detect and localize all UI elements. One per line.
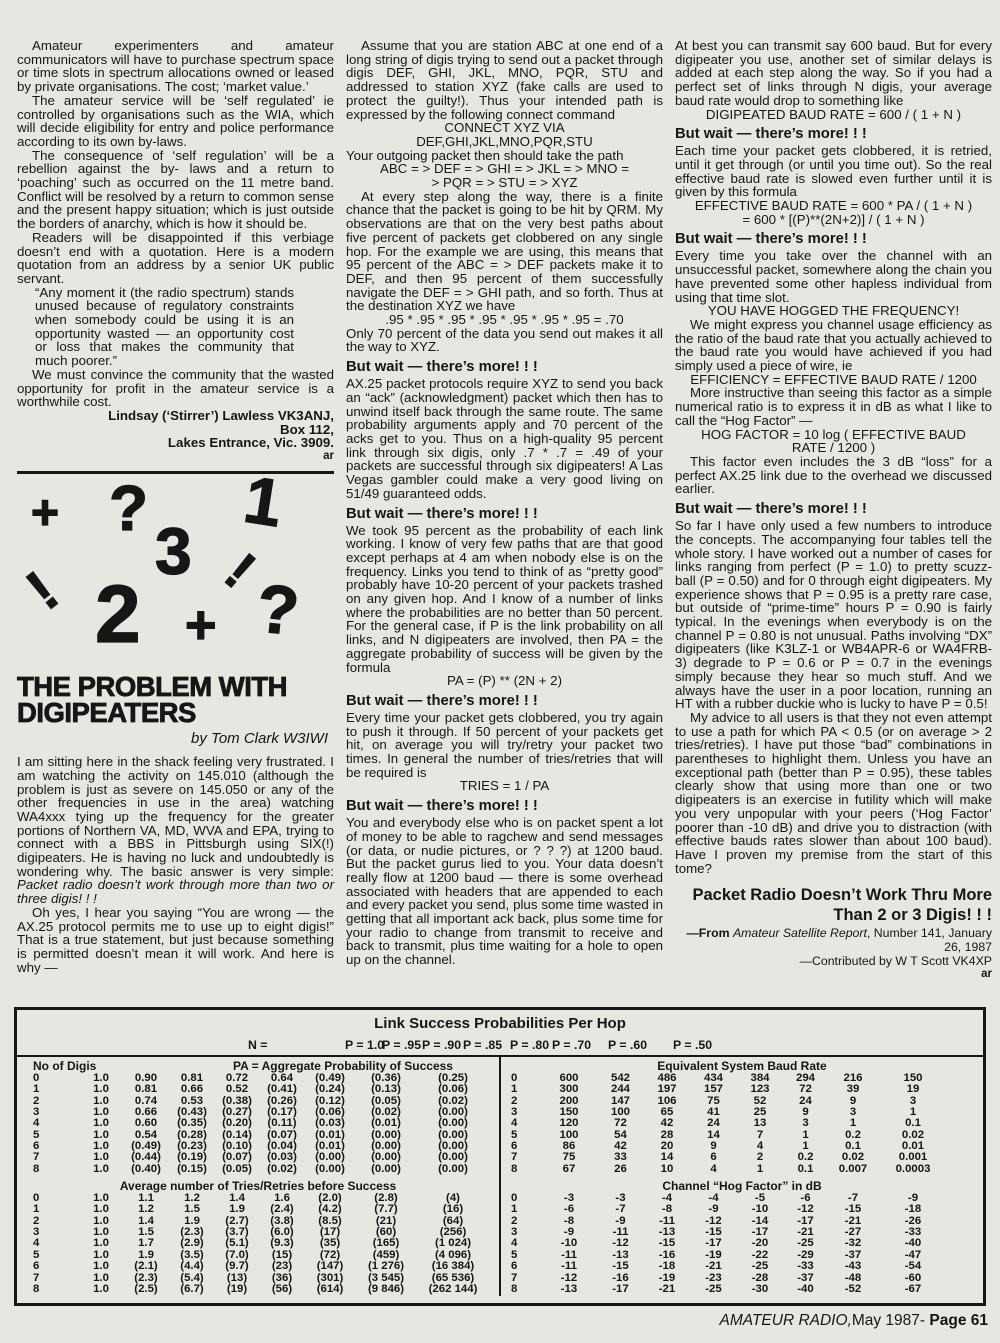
text-run: We might express you channel usage effic… (675, 317, 992, 373)
table-cell: 3 (501, 1227, 541, 1238)
table-cell: 1.0 (79, 1164, 123, 1175)
table-cell: 39 (828, 1084, 878, 1095)
table-cell: -25 (690, 1284, 737, 1295)
table-p-header-row: N =P = 1.0P = .95P = .90P = .85P = .80P … (17, 1032, 983, 1055)
table-cell: -25 (737, 1261, 783, 1272)
table-cell: 0.1 (783, 1164, 828, 1175)
text-run: Every time you take over the channel wit… (675, 248, 992, 304)
section-heading: But wait — there’s more! ! ! (675, 232, 992, 247)
table-cell: 4 (690, 1164, 737, 1175)
p-column-label: P = .95 (382, 1038, 421, 1052)
pull-quote: “Any moment it (the radio spectrum) stan… (35, 286, 294, 368)
table-grid: No of DigisPA = Aggregate Probability of… (17, 1055, 983, 1296)
formula-line: .95 * .95 * .95 * .95 * .95 * .95 * .95 … (346, 313, 663, 327)
table-cell: (9 846) (355, 1284, 417, 1295)
formula-line: TRIES = 1 / PA (346, 779, 663, 793)
table-cell: 0.52 (215, 1084, 259, 1095)
table-cell: (0.00) (355, 1164, 417, 1175)
table-cell: 6 (17, 1261, 79, 1272)
table-subheader: No of DigisPA = Aggregate Probability of… (17, 1059, 499, 1073)
table-row: 41.00.60(0.35)(0.20)(0.11)(0.03)(0.01)(0… (17, 1118, 489, 1129)
digit-1: 1 (240, 466, 287, 537)
table-cell: 3 (17, 1227, 79, 1238)
table-cell: 0 (17, 1073, 79, 1084)
table-cell: (147) (305, 1261, 355, 1272)
section-heading: But wait — there’s more! ! ! (346, 507, 663, 522)
text-run: Assume that you are station ABC at one e… (346, 38, 663, 122)
formula-line: YOU HAVE HOGGED THE FREQUENCY! (675, 304, 992, 318)
table-cell: 4 (17, 1118, 79, 1129)
table-cell: (19) (215, 1284, 259, 1295)
text-run: At best you can transmit say 600 baud. B… (675, 38, 992, 108)
section-heading: But wait — there’s more! ! ! (346, 694, 663, 709)
table-row: 1300244197157123723919 (501, 1084, 948, 1095)
table-row: 21.01.41.9(2.7)(3.8)(8.5)(21)(64) (17, 1216, 489, 1227)
signature-line: Lindsay (‘Stirrer’) Lawless VK3ANJ, (17, 409, 334, 423)
digit-3: 3 (155, 518, 192, 584)
formula-line: ABC = > DEF = > GHI = > JKL = > MNO = (346, 162, 663, 176)
magazine-page: Amateur experimenters and amateur commun… (0, 0, 1000, 1343)
paragraph: This factor even includes the 3 dB “loss… (675, 455, 992, 496)
p-column-label: P = .70 (552, 1038, 591, 1052)
text-run: Amateur experimenters and amateur commun… (17, 38, 334, 94)
table-row: 6-11-15-18-21-25-33-43-54 (501, 1261, 948, 1272)
table-row: 31.00.66(0.43)(0.27)(0.17)(0.06)(0.02)(0… (17, 1107, 489, 1118)
credit-line: —From Amateur Satellite Report, Number 1… (675, 927, 992, 954)
table-cell: -54 (878, 1261, 948, 1272)
table-cell: -30 (737, 1284, 783, 1295)
paragraph: We must convince the community that the … (17, 368, 334, 409)
paragraph: You and everybody else who is on packet … (346, 816, 663, 967)
formula-line: EFFECTIVE BAUD RATE = 600 * PA / ( 1 + N… (675, 199, 992, 213)
table-cell: 7 (17, 1152, 79, 1163)
table-cell: 3 (501, 1107, 541, 1118)
table-row: 11.01.21.51.9(2.4)(4.2)(7.7)(16) (17, 1204, 489, 1215)
table-cell: 0.007 (828, 1164, 878, 1175)
table-cell: (16 384) (417, 1261, 489, 1272)
text-run: —From (686, 926, 732, 940)
table-cell: (614) (305, 1284, 355, 1295)
table-cell: 2 (17, 1096, 79, 1107)
page-number: Page 61 (929, 1312, 988, 1329)
table-title: Link Success Probabilities Per Hop (17, 1015, 983, 1032)
table-cell: -43 (828, 1261, 878, 1272)
p-column-label: P = .80 (510, 1038, 549, 1052)
paragraph: At every step along the way, there is a … (346, 190, 663, 313)
end-mark: ar (17, 450, 334, 463)
formula-line: EFFICIENCY = EFFECTIVE BAUD RATE / 1200 (675, 373, 992, 387)
table-row: 8-13-17-21-25-30-40-52-67 (501, 1284, 948, 1295)
table-cell: (0.00) (305, 1164, 355, 1175)
table-cell: 244 (597, 1084, 644, 1095)
table-cell: 2 (17, 1216, 79, 1227)
slogan-line: Than 2 or 3 Digis! ! ! (675, 906, 992, 926)
issue-date: May 1987- (852, 1312, 930, 1329)
table-cell: 2 (501, 1096, 541, 1107)
text-run: At every step along the way, there is a … (346, 189, 663, 314)
table-cell: 5 (501, 1130, 541, 1141)
table-cell: 0.66 (169, 1084, 215, 1095)
section-heading: But wait — there’s more! ! ! (675, 502, 992, 517)
table-row: 8672610410.10.0070.0003 (501, 1164, 948, 1175)
slogan: Packet Radio Doesn’t Work Thru MoreThan … (675, 886, 992, 925)
table-row: 21.00.740.53(0.38)(0.26)(0.12)(0.05)(0.0… (17, 1096, 489, 1107)
paragraph: Readers will be disappointed if this ver… (17, 231, 334, 286)
text-run: Oh yes, I hear you saying “You are wrong… (17, 905, 334, 975)
value-table: 0600542486434384294216150130024419715712… (501, 1073, 948, 1175)
table-cell: 1 (501, 1204, 541, 1215)
paragraph: I am sitting here in the shack feeling v… (17, 755, 334, 906)
baud-table-title: Equivalent System Baud Rate (501, 1059, 983, 1073)
table-cell: (0.00) (417, 1164, 489, 1175)
table-cell: 1 (737, 1164, 783, 1175)
paragraph: Oh yes, I hear you saying “You are wrong… (17, 906, 334, 975)
table-cell: -11 (541, 1261, 597, 1272)
table-cell: 5 (17, 1250, 79, 1261)
formula-line: DEF,GHI,JKL,MNO,PQR,STU (346, 135, 663, 149)
paragraph: The amateur service will be ‘self regula… (17, 94, 334, 149)
credit-line: —Contributed by W T Scott VK4XP (675, 955, 992, 969)
table-row: 81.0(0.40)(0.15)(0.05)(0.02)(0.00)(0.00)… (17, 1164, 489, 1175)
table-cell: 4 (501, 1238, 541, 1249)
text-run: My advice to all users is that they not … (675, 710, 992, 876)
section-heading: But wait — there’s more! ! ! (346, 360, 663, 375)
paragraph: So far I have only used a few numbers to… (675, 519, 992, 711)
pa-table-title: PA = Aggregate Probability of Success (187, 1059, 499, 1073)
value-table: 0-3-3-4-4-5-6-7-91-6-7-8-9-10-12-15-182-… (501, 1193, 948, 1295)
paragraph: AX.25 packet protocols require XYZ to se… (346, 377, 663, 500)
table-cell: 1.0 (79, 1261, 123, 1272)
headline-line: DIGIPEATERS (17, 700, 334, 726)
paragraph: Assume that you are station ABC at one e… (346, 39, 663, 121)
table-cell: (0.24) (305, 1084, 355, 1095)
table-row: 31.01.5(2.3)(3.7)(6.0)(17)(60)(256) (17, 1227, 489, 1238)
exclamation-icon: ! (17, 562, 68, 620)
article-byline: by Tom Clark W3IWI (17, 731, 328, 747)
table-row: 11.00.810.660.52(0.41)(0.24)(0.13)(0.06) (17, 1084, 489, 1095)
table-cell: 4 (501, 1118, 541, 1129)
p-column-label: P = .50 (673, 1038, 712, 1052)
paragraph: Your outgoing packet then should take th… (346, 149, 663, 163)
table-cell: 0.81 (123, 1084, 169, 1095)
digit-2: 2 (95, 574, 141, 656)
formula-line: > PQR = > STU = > XYZ (346, 176, 663, 190)
text-run: Amateur Satellite Report (733, 926, 867, 940)
table-cell: (0.05) (215, 1164, 259, 1175)
table-cell: -15 (597, 1261, 644, 1272)
table-row: 01.00.900.810.720.64(0.49)(0.36)(0.25) (17, 1073, 489, 1084)
paragraph: My advice to all users is that they not … (675, 711, 992, 875)
text-run: We must convince the community that the … (17, 367, 334, 409)
table-cell: 0 (501, 1073, 541, 1084)
text-run: We took 95 percent as the probability of… (346, 523, 663, 675)
column-left: Amateur experimenters and amateur commun… (17, 39, 334, 974)
table-cell: 0 (17, 1193, 79, 1204)
paragraph: Amateur experimenters and amateur commun… (17, 39, 334, 94)
table-cell: 6 (501, 1141, 541, 1152)
p-column-label: P = .90 (422, 1038, 461, 1052)
table-cell: (262 144) (417, 1284, 489, 1295)
table-cell: 7 (501, 1273, 541, 1284)
formula-line: RATE / 1200 ) (675, 441, 992, 455)
table-cell: (6.7) (169, 1284, 215, 1295)
table-cell: (2.1) (123, 1261, 169, 1272)
page-footer: AMATEUR RADIO,May 1987- Page 61 (720, 1312, 989, 1330)
table-cell: 5 (17, 1130, 79, 1141)
column-right: At best you can transmit say 600 baud. B… (675, 39, 992, 981)
table-cell: -17 (597, 1284, 644, 1295)
table-row: 71.0(0.44)(0.19)(0.07)(0.03)(0.00)(0.00)… (17, 1152, 489, 1163)
table-cell: -21 (644, 1284, 690, 1295)
table-row: 61.0(0.49)(0.23)(0.10)(0.04)(0.01)(0.00)… (17, 1141, 489, 1152)
table-cell: 123 (737, 1084, 783, 1095)
p-column-label: P = .85 (463, 1038, 502, 1052)
table-cell: 6 (501, 1261, 541, 1272)
table-row: 71.0(2.3)(5.4)(13)(36)(301)(3 545)(65 53… (17, 1273, 489, 1284)
paragraph: Every time your packet gets clobbered, y… (346, 711, 663, 780)
hog-table-title: Channel “Hog Factor” in dB (501, 1179, 983, 1193)
table-row: 01.01.11.21.41.6(2.0)(2.8)(4) (17, 1193, 489, 1204)
table-cell: 8 (17, 1284, 79, 1295)
question-mark-icon: ? (254, 574, 302, 646)
table-cell: 157 (690, 1084, 737, 1095)
signature-line: Box 112, (17, 423, 334, 437)
no-of-digis-label: No of Digis (17, 1059, 187, 1073)
table-cell: 4 (17, 1238, 79, 1249)
paragraph: The consequence of ‘self regulation’ wil… (17, 149, 334, 231)
digits-artwork: +?13!2+!? (17, 474, 334, 670)
article-headline: THE PROBLEM WITHDIGIPEATERS (17, 674, 334, 726)
end-mark: ar (675, 968, 992, 981)
table-cell: 72 (783, 1084, 828, 1095)
table-cell: -33 (783, 1261, 828, 1272)
table-right-half: Equivalent System Baud Rate0600542486434… (501, 1057, 983, 1296)
table-row: 51.01.9(3.5)(7.0)(15)(72)(459)(4 096) (17, 1250, 489, 1261)
formula-line: CONNECT XYZ VIA (346, 121, 663, 135)
slogan-line: Packet Radio Doesn’t Work Thru More (675, 886, 992, 906)
text-run: AX.25 packet protocols require XYZ to se… (346, 376, 663, 501)
table-cell: (0.13) (355, 1084, 417, 1095)
table-row: 81.0(2.5)(6.7)(19)(56)(614)(9 846)(262 1… (17, 1284, 489, 1295)
formula-line: = 600 * [(P)**(2N+2)] / ( 1 + N ) (675, 213, 992, 227)
text-run: The consequence of ‘self regulation’ wil… (17, 148, 334, 232)
formula-line: PA = (P) ** (2N + 2) (346, 674, 663, 688)
table-cell: -18 (644, 1261, 690, 1272)
text-run: This factor even includes the 3 dB “loss… (675, 454, 992, 496)
table-cell: -13 (541, 1284, 597, 1295)
table-cell: (56) (259, 1284, 305, 1295)
text-run: The amateur service will be ‘self regula… (17, 93, 334, 149)
table-cell: (2.5) (123, 1284, 169, 1295)
table-cell: 26 (597, 1164, 644, 1175)
paragraph: We took 95 percent as the probability of… (346, 524, 663, 675)
paragraph: Each time your packet gets clobbered, it… (675, 144, 992, 199)
table-cell: -67 (878, 1284, 948, 1295)
question-mark-icon: ? (109, 476, 148, 540)
section-heading: But wait — there’s more! ! ! (346, 799, 663, 814)
table-row: 61.0(2.1)(4.4)(9.7)(23)(147)(1 276)(16 3… (17, 1261, 489, 1272)
table-cell: 0.0003 (878, 1164, 948, 1175)
column-middle: Assume that you are station ABC at one e… (346, 39, 663, 967)
tries-table-title: Average number of Tries/Retries before S… (17, 1179, 499, 1193)
table-cell: 1.0 (79, 1284, 123, 1295)
table-cell: (23) (259, 1261, 305, 1272)
table-cell: 67 (541, 1164, 597, 1175)
table-cell: (0.40) (123, 1164, 169, 1175)
table-cell: 6 (17, 1141, 79, 1152)
table-cell: -40 (783, 1284, 828, 1295)
text-run: You and everybody else who is on packet … (346, 815, 663, 967)
table-cell: (1 276) (355, 1261, 417, 1272)
value-table: 01.01.11.21.41.6(2.0)(2.8)(4)11.01.21.51… (17, 1193, 489, 1295)
plus-icon: + (185, 598, 217, 652)
value-table: 01.00.900.810.720.64(0.49)(0.36)(0.25)11… (17, 1073, 489, 1175)
text-run: More instructive than seeing this factor… (675, 385, 992, 427)
formula-line: HOG FACTOR = 10 log ( EFFECTIVE BAUD (675, 428, 992, 442)
text-run: Packet radio doesn’t work through more t… (17, 877, 334, 906)
table-cell: -21 (690, 1261, 737, 1272)
table-cell: (4.4) (169, 1261, 215, 1272)
section-heading: But wait — there’s more! ! ! (675, 127, 992, 142)
table-cell: 1.0 (79, 1084, 123, 1095)
text-run: Every time your packet gets clobbered, y… (346, 710, 663, 780)
text-run: So far I have only used a few numbers to… (675, 518, 992, 711)
table-row: 41.01.7(2.9)(5.1)(9.3)(35)(165)(1 024) (17, 1238, 489, 1249)
text-run: I am sitting here in the shack feeling v… (17, 754, 334, 879)
table-row: 51.00.54(0.28)(0.14)(0.07)(0.01)(0.00)(0… (17, 1130, 489, 1141)
table-cell: 300 (541, 1084, 597, 1095)
text-run: , Number 141, January 26, 1987 (867, 926, 992, 954)
table-cell: (9.7) (215, 1261, 259, 1272)
exclamation-icon: ! (216, 545, 264, 598)
table-cell: 0 (501, 1193, 541, 1204)
table-cell: 1 (501, 1084, 541, 1095)
paragraph: More instructive than seeing this factor… (675, 386, 992, 427)
paragraph: Every time you take over the channel wit… (675, 249, 992, 304)
signature-block: Lindsay (‘Stirrer’) Lawless VK3ANJ,Box 1… (17, 409, 334, 450)
table-left-half: No of DigisPA = Aggregate Probability of… (17, 1057, 501, 1296)
signature-line: Lakes Entrance, Vic. 3909. (17, 436, 334, 450)
p-column-label: P = 1.0 (345, 1038, 384, 1052)
table-cell: 5 (501, 1250, 541, 1261)
link-success-table: Link Success Probabilities Per Hop N =P … (14, 1007, 986, 1306)
n-equals-label: N = (248, 1038, 267, 1052)
table-cell: 1 (17, 1084, 79, 1095)
table-cell: 7 (17, 1273, 79, 1284)
table-cell: (0.06) (417, 1084, 489, 1095)
table-cell: 8 (501, 1284, 541, 1295)
table-cell: (0.15) (169, 1164, 215, 1175)
table-cell: 8 (501, 1164, 541, 1175)
formula-line: DIGIPEATED BAUD RATE = 600 / ( 1 + N ) (675, 108, 992, 122)
table-cell: 3 (17, 1107, 79, 1118)
table-cell: (0.41) (259, 1084, 305, 1095)
paragraph: At best you can transmit say 600 baud. B… (675, 39, 992, 108)
text-run: Readers will be disappointed if this ver… (17, 230, 334, 286)
table-cell: 8 (17, 1164, 79, 1175)
table-cell: 19 (878, 1084, 948, 1095)
table-cell: 2 (501, 1216, 541, 1227)
table-cell: 1 (17, 1204, 79, 1215)
text-run: Each time your packet gets clobbered, it… (675, 143, 992, 199)
table-cell: -52 (828, 1284, 878, 1295)
text-run: —Contributed by W T Scott VK4XP (800, 954, 992, 968)
table-cell: (0.02) (259, 1164, 305, 1175)
paragraph: Only 70 percent of the data you send out… (346, 327, 663, 354)
table-cell: 197 (644, 1084, 690, 1095)
p-column-label: P = .60 (608, 1038, 647, 1052)
text-run: Only 70 percent of the data you send out… (346, 326, 663, 355)
table-cell: 10 (644, 1164, 690, 1175)
plus-icon: + (31, 490, 59, 538)
paragraph: We might express you channel usage effic… (675, 318, 992, 373)
magazine-name: AMATEUR RADIO, (720, 1312, 852, 1329)
table-cell: 7 (501, 1152, 541, 1163)
